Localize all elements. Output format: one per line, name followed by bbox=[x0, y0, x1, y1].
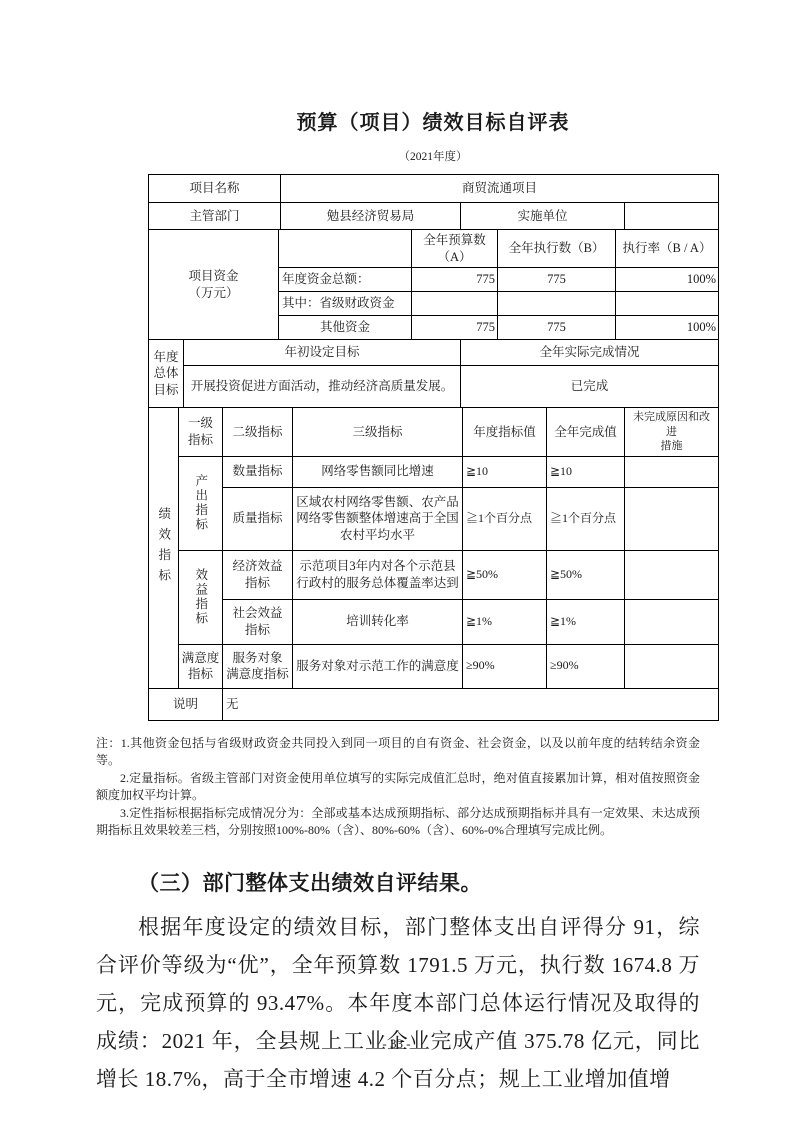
reason-value bbox=[625, 550, 719, 599]
table-row: 绩效指标 一级 指标 二级指标 三级指标 年度指标值 全年完成值 未完成原因和改… bbox=[149, 408, 719, 457]
funds-total-exec: 775 bbox=[498, 268, 616, 292]
dept-label: 主管部门 bbox=[149, 203, 281, 230]
done-value: ≥90% bbox=[547, 644, 625, 688]
evaluation-table: 项目名称 商贸流通项目 主管部门 勉县经济贸易局 实施单位 项目资金 （万元） … bbox=[148, 174, 718, 721]
footnote-3: 3.定性指标根据指标完成情况分为：全部或基本达成预期指标、部分达成预期指标并具有… bbox=[96, 805, 700, 840]
done-value: ≧50% bbox=[547, 550, 625, 599]
l3-text: 服务对象对示范工作的满意度 bbox=[293, 644, 463, 688]
content-area: 预算（项目）绩效目标自评表 （2021年度） 项目名称 商贸流通项目 主管部门 … bbox=[96, 0, 770, 1098]
l1-benefit-text: 效益指标 bbox=[192, 568, 209, 626]
l1-output-text: 产出指标 bbox=[192, 474, 209, 532]
hdr-target: 年度指标值 bbox=[463, 408, 547, 457]
l3-text: 网络零售额同比增速 bbox=[293, 456, 463, 487]
done-value: ≧10 bbox=[547, 456, 625, 487]
impl-unit-value bbox=[625, 203, 719, 230]
funds-row-other-label: 其他资金 bbox=[279, 316, 412, 340]
funds-col-rate: 执行率（B / A） bbox=[616, 230, 719, 268]
footnotes: 注：1.其他资金包括与省级财政资金共同投入到同一项目的自有资金、社会资金，以及以… bbox=[96, 735, 700, 840]
target-value: ≧50% bbox=[463, 550, 547, 599]
funds-provincial-rate bbox=[616, 292, 719, 316]
target-value: ≧10 bbox=[463, 456, 547, 487]
l2-economic: 经济效益 指标 bbox=[223, 550, 293, 599]
table-row: 开展投资促进方面活动，推动经济高质量发展。 已完成 bbox=[149, 366, 719, 408]
l3-text: 培训转化率 bbox=[293, 599, 463, 644]
funds-provincial-exec bbox=[498, 292, 616, 316]
section-heading: （三）部门整体支出绩效自评结果。 bbox=[96, 867, 700, 897]
target-value: ≥90% bbox=[463, 644, 547, 688]
page-number: - 33 - bbox=[0, 1036, 793, 1052]
table-row: 年度 总体 目标 年初设定目标 全年实际完成情况 bbox=[149, 340, 719, 366]
table-section-remark: 说明 无 bbox=[148, 688, 719, 721]
funds-other-exec: 775 bbox=[498, 316, 616, 340]
table-row: 主管部门 勉县经济贸易局 实施单位 bbox=[149, 203, 719, 230]
funds-provincial-budget bbox=[412, 292, 498, 316]
funds-total-rate: 100% bbox=[616, 268, 719, 292]
done-value: ≧1个百分点 bbox=[547, 487, 625, 550]
l1-output: 产出指标 bbox=[179, 456, 223, 550]
l3-text: 示范项目3年内对各个示范县行政村的服务总体覆盖率达到 bbox=[293, 550, 463, 599]
table-row: 质量指标 区域农村网络零售额、农产品网络零售额整体增速高于全国农村平均水平 ≧1… bbox=[149, 487, 719, 550]
target-value: ≧1% bbox=[463, 599, 547, 644]
impl-unit-label: 实施单位 bbox=[461, 203, 625, 230]
goal-done-text: 已完成 bbox=[461, 366, 719, 408]
hdr-l3: 三级指标 bbox=[293, 408, 463, 457]
l2-satisfaction: 服务对象 满意度指标 bbox=[223, 644, 293, 688]
page-title: 预算（项目）绩效目标自评表 bbox=[96, 106, 770, 135]
table-row: 项目资金 （万元） 全年预算数 （A） 全年执行数（B） 执行率（B / A） bbox=[149, 230, 719, 268]
footnote-2: 2.定量指标。省级主管部门对资金使用单位填写的实际完成值汇总时，绝对值直接累加计… bbox=[96, 770, 700, 805]
goal-set-text: 开展投资促进方面活动，推动经济高质量发展。 bbox=[184, 366, 461, 408]
reason-value bbox=[625, 644, 719, 688]
project-name-value: 商贸流通项目 bbox=[281, 175, 719, 203]
table-row: 效益指标 经济效益 指标 示范项目3年内对各个示范县行政村的服务总体覆盖率达到 … bbox=[149, 550, 719, 599]
reason-value bbox=[625, 487, 719, 550]
indicators-label-text: 绩效指标 bbox=[155, 507, 172, 589]
table-row: 社会效益 指标 培训转化率 ≧1% ≧1% bbox=[149, 599, 719, 644]
funds-other-budget: 775 bbox=[412, 316, 498, 340]
annual-goal-label: 年度 总体 目标 bbox=[149, 340, 184, 408]
table-section-funds: 项目资金 （万元） 全年预算数 （A） 全年执行数（B） 执行率（B / A） … bbox=[148, 229, 719, 340]
project-name-label: 项目名称 bbox=[149, 175, 281, 203]
funds-col-blank bbox=[279, 230, 412, 268]
table-section-goal: 年度 总体 目标 年初设定目标 全年实际完成情况 开展投资促进方面活动，推动经济… bbox=[148, 339, 719, 408]
table-section-indicators: 绩效指标 一级 指标 二级指标 三级指标 年度指标值 全年完成值 未完成原因和改… bbox=[148, 407, 719, 689]
goal-col-set: 年初设定目标 bbox=[184, 340, 461, 366]
document-page: 预算（项目）绩效目标自评表 （2021年度） 项目名称 商贸流通项目 主管部门 … bbox=[0, 0, 793, 1122]
table-section-basic: 项目名称 商贸流通项目 主管部门 勉县经济贸易局 实施单位 bbox=[148, 174, 719, 230]
target-value: ≧1个百分点 bbox=[463, 487, 547, 550]
remark-value: 无 bbox=[223, 688, 719, 720]
funds-row-provincial-label: 其中：省级财政资金 bbox=[279, 292, 412, 316]
funds-total-budget: 775 bbox=[412, 268, 498, 292]
l2-quality: 质量指标 bbox=[223, 487, 293, 550]
reason-value bbox=[625, 456, 719, 487]
funds-label: 项目资金 （万元） bbox=[149, 230, 279, 340]
hdr-l1: 一级 指标 bbox=[179, 408, 223, 457]
hdr-done: 全年完成值 bbox=[547, 408, 625, 457]
l1-benefit: 效益指标 bbox=[179, 550, 223, 644]
done-value: ≧1% bbox=[547, 599, 625, 644]
table-row: 产出指标 数量指标 网络零售额同比增速 ≧10 ≧10 bbox=[149, 456, 719, 487]
dept-value: 勉县经济贸易局 bbox=[281, 203, 461, 230]
l2-social: 社会效益 指标 bbox=[223, 599, 293, 644]
funds-col-budget: 全年预算数 （A） bbox=[412, 230, 498, 268]
l2-quantity: 数量指标 bbox=[223, 456, 293, 487]
table-row: 满意度 指标 服务对象 满意度指标 服务对象对示范工作的满意度 ≥90% ≥90… bbox=[149, 644, 719, 688]
goal-col-done: 全年实际完成情况 bbox=[461, 340, 719, 366]
table-row: 项目名称 商贸流通项目 bbox=[149, 175, 719, 203]
reason-value bbox=[625, 599, 719, 644]
hdr-reason: 未完成原因和改进 措施 bbox=[625, 408, 719, 457]
funds-row-total-label: 年度资金总额： bbox=[279, 268, 412, 292]
table-row: 说明 无 bbox=[149, 688, 719, 720]
funds-other-rate: 100% bbox=[616, 316, 719, 340]
footnote-1: 注：1.其他资金包括与省级财政资金共同投入到同一项目的自有资金、社会资金，以及以… bbox=[96, 735, 700, 770]
remark-label: 说明 bbox=[149, 688, 223, 720]
l3-text: 区域农村网络零售额、农产品网络零售额整体增速高于全国农村平均水平 bbox=[293, 487, 463, 550]
page-subtitle: （2021年度） bbox=[96, 148, 770, 164]
body-paragraph: 根据年度设定的绩效目标，部门整体支出自评得分 91，综合评价等级为“优”，全年预… bbox=[96, 908, 700, 1098]
l1-satisfaction: 满意度 指标 bbox=[179, 644, 223, 688]
hdr-l2: 二级指标 bbox=[223, 408, 293, 457]
indicators-label: 绩效指标 bbox=[149, 408, 179, 689]
funds-col-exec: 全年执行数（B） bbox=[498, 230, 616, 268]
